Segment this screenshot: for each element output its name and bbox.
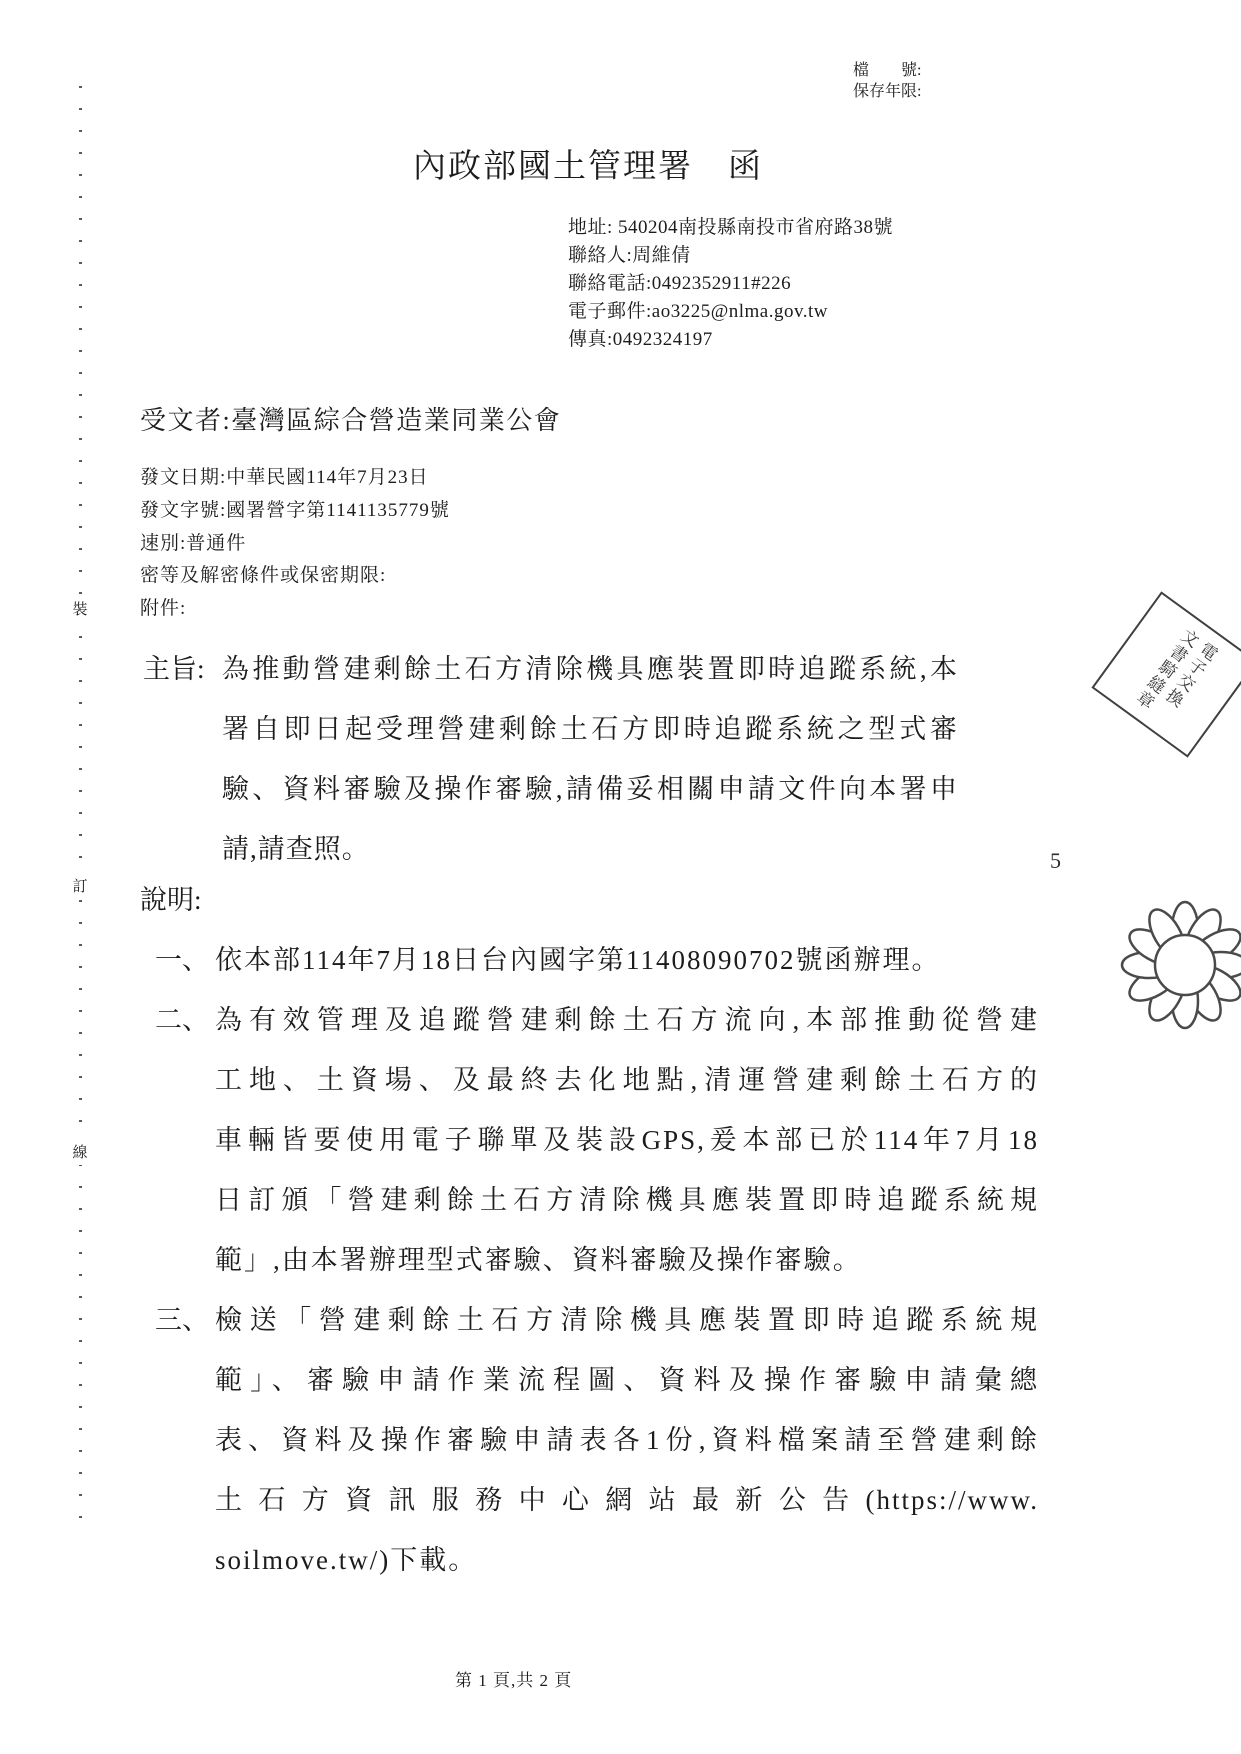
document-line: 土石方資訊服務中心網站最新公告(https://www. [215,1470,1039,1530]
page-number: 第 1 頁,共 2 頁 [455,1666,572,1691]
item-number: 三、 [155,1290,209,1350]
issue-date: 發文日期:中華民國114年7月23日 [140,462,450,495]
item-number: 二、 [155,990,209,1050]
document-page: 裝 訂 線 檔 號: 保存年限: 內政部國土管理署 函 地址: 540204南投… [0,0,1241,1754]
electronic-exchange-seal: 電子交換 文書騎縫章 [1091,591,1241,757]
document-line: 車輛皆要使用電子聯單及裝設GPS,爰本部已於114年7月18 [215,1110,1039,1170]
document-line: 驗、資料審驗及操作審驗,請備妥相關申請文件向本署申 [222,759,958,819]
document-line: 檢送「營建剩餘土石方清除機具應裝置即時追蹤系統規 [215,1290,1039,1350]
attachment-label: 附件: [140,593,450,626]
document-line: 工地、土資場、及最終去化地點,清運營建剩餘土石方的 [215,1050,1039,1110]
document-line: 範」,由本署辦理型式審驗、資料審驗及操作審驗。 [215,1230,1039,1290]
flower-seal-icon [1105,885,1241,1045]
electronic-exchange-seal-text: 電子交換 文書騎縫章 [1128,623,1221,727]
sender-info-block: 地址: 540204南投縣南投市省府路38號 聯絡人:周維倩 聯絡電話:0492… [568,214,893,354]
document-line: 依本部114年7月18日台內國字第11408090702號函辦理。 [215,930,1039,990]
archive-label-block: 檔 號: 保存年限: [853,60,921,102]
document-line: 範」、審驗申請作業流程圖、資料及操作審驗申請彙總 [215,1350,1039,1410]
sender-contact: 聯絡人:周維倩 [568,242,893,270]
issue-number: 發文字號:國署營字第1141135779號 [140,495,450,528]
recipient-line: 受文者:臺灣區綜合營造業同業公會 [140,400,561,437]
subject-label: 主旨: [143,639,205,699]
explanation-section: 說明: 一、 依本部114年7月18日台內國字第11408090702號函辦理。… [0,870,1241,1590]
retention-period-label: 保存年限: [853,81,921,102]
flower-seal-number: 5 [1050,848,1061,874]
security-class: 密等及解密條件或保密期限: [140,560,450,593]
binding-mark-zhuang: 裝 [66,595,94,622]
sender-address: 地址: 540204南投縣南投市省府路38號 [568,214,893,242]
sender-email: 電子郵件:ao3225@nlma.gov.tw [568,298,893,326]
document-line: 署自即日起受理營建剩餘土石方即時追蹤系統之型式審 [222,699,958,759]
document-line: 表、資料及操作審驗申請表各1份,資料檔案請至營建剩餘 [215,1410,1039,1470]
document-line: 為有效管理及追蹤營建剩餘土石方流向,本部推動從營建 [215,990,1039,1050]
document-line: 為推動營建剩餘土石方清除機具應裝置即時追蹤系統,本 [222,639,958,699]
sender-fax: 傳真:0492324197 [568,326,893,354]
item-number: 一、 [155,930,209,990]
subject-paragraph: 為推動營建剩餘土石方清除機具應裝置即時追蹤系統,本 署自即日起受理營建剩餘土石方… [222,639,958,879]
document-line: soilmove.tw/)下載。 [215,1530,1039,1590]
speed-class: 速別:普通件 [140,528,450,561]
meta-block: 發文日期:中華民國114年7月23日 發文字號:國署營字第1141135779號… [140,462,450,626]
document-line: 日訂頒「營建剩餘土石方清除機具應裝置即時追蹤系統規 [215,1170,1039,1230]
sender-phone: 聯絡電話:0492352911#226 [568,270,893,298]
file-number-label: 檔 號: [853,60,921,81]
document-title: 內政部國土管理署 函 [413,146,763,188]
explanation-label: 說明: [140,870,202,930]
